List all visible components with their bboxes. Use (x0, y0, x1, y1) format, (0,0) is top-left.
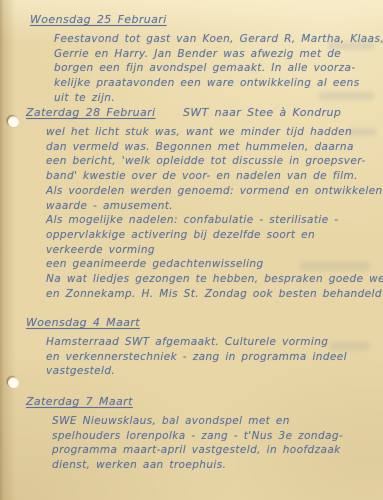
handwritten-line: programma maart-april vastgesteld, in ho… (52, 443, 376, 458)
handwritten-line: kelijke praatavonden een ware ontwikkeli… (54, 76, 380, 91)
handwritten-line: verkeerde vorming (46, 243, 376, 258)
handwritten-line: spelhouders lorenpolka - zang - t'Nus 3e… (52, 429, 376, 444)
diary-entry: Zaterdag 28 Februari SWT naar Stee à Kon… (26, 103, 376, 301)
handwritten-line: en Zonnekamp. H. Mis St. Zondag ook best… (46, 287, 376, 302)
entry-paragraph: Hamsterraad SWT afgemaakt. Culturele vor… (26, 335, 376, 379)
diary-entry: Zaterdag 7 Maart SWE Nieuwsklaus, bal av… (26, 392, 376, 473)
handwritten-line: dienst, werken aan troephuis. (52, 458, 376, 473)
handwritten-line: oppervlakkige activering bij dezelfde so… (46, 228, 376, 243)
punch-hole-bottom (8, 377, 19, 388)
handwritten-line: SWE Nieuwsklaus, bal avondspel met en (52, 414, 376, 429)
handwritten-line: Na wat liedjes gezongen te hebben, bespr… (46, 272, 376, 287)
entry-paragraph: SWE Nieuwsklaus, bal avondspel met en sp… (26, 414, 376, 473)
entry-heading-date: Zaterdag 28 Februari (26, 105, 155, 121)
handwritten-line: Gerrie en Harry. Jan Bender was afwezig … (54, 47, 380, 62)
handwritten-line: en verkennerstechniek - zang in programm… (46, 350, 376, 365)
diary-entry: Woensdag 25 Februari Feestavond tot gast… (30, 10, 380, 106)
handwritten-line: Als voordelen werden genoemd: vormend en… (46, 184, 376, 199)
handwritten-line: een bericht, 'welk opleidde tot discussi… (46, 154, 376, 169)
entry-paragraph: Feestavond tot gast van Koen, Gerard R, … (30, 32, 380, 106)
handwritten-line: dan vermeld was. Begonnen met hummelen, … (46, 140, 376, 155)
handwritten-line: een geanimeerde gedachtenwisseling (46, 257, 376, 272)
handwritten-line: borgen een fijn avondspel gemaakt. In al… (54, 61, 380, 76)
handwritten-line: Hamsterraad SWT afgemaakt. Culturele vor… (46, 335, 376, 350)
scanned-page: Woensdag 25 Februari Feestavond tot gast… (0, 0, 383, 500)
handwritten-line: waarde - amusement. (46, 199, 376, 214)
handwritten-line: vastgesteld. (46, 364, 376, 379)
entry-heading-note: SWT naar Stee à Kondrup (183, 105, 341, 121)
entry-heading-date: Woensdag 25 Februari (30, 12, 167, 28)
entry-heading-date: Woensdag 4 Maart (26, 315, 140, 331)
handwritten-line: wel het licht stuk was, want we minder t… (46, 125, 376, 140)
entry-heading-date: Zaterdag 7 Maart (26, 394, 133, 410)
diary-entry: Woensdag 4 Maart Hamsterraad SWT afgemaa… (26, 313, 376, 379)
handwritten-line: Als mogelijke nadelen: confabulatie - st… (46, 213, 376, 228)
entry-paragraph: wel het licht stuk was, want we minder t… (26, 125, 376, 301)
punch-hole-top (8, 116, 19, 127)
handwritten-line: band' kwestie over de voor- en nadelen v… (46, 169, 376, 184)
handwritten-line: Feestavond tot gast van Koen, Gerard R, … (54, 32, 380, 47)
